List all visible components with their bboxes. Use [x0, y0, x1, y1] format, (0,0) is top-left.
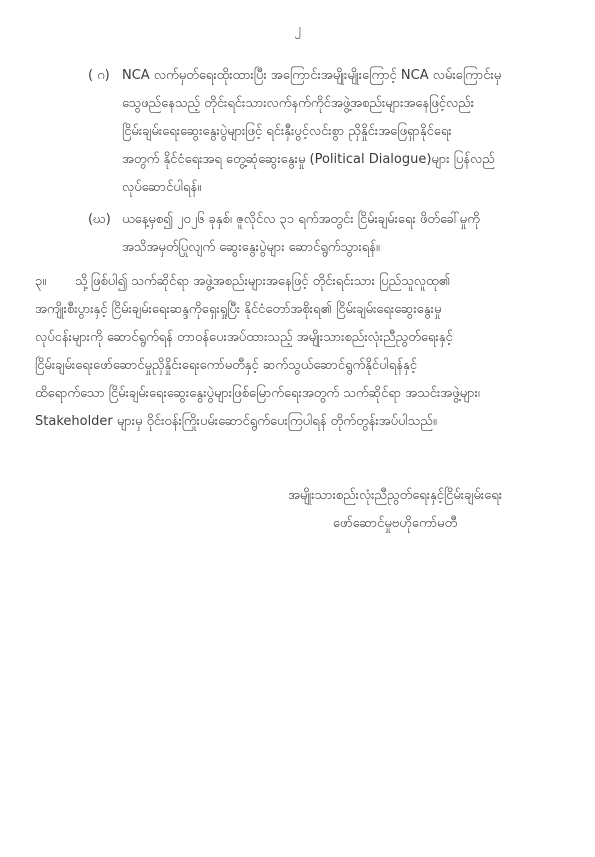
text-line: NCA လက်မှတ်ရေးထိုးထားပြီး အကြောင်းအမျိုး… — [122, 62, 560, 90]
text-line: သို့ဖြစ်ပါ၍ သက်ဆိုင်ရာ အဖွဲ့အစည်းများအနေ… — [75, 268, 560, 296]
text-line: လုပ်ဆောင်ပါရန်။ — [122, 174, 560, 202]
text-line: ယနေ့မှစ၍ ၂၀၂၆ ခုနှစ်၊ ဇူလိုင်လ ၃၁ ရက်အတွ… — [122, 206, 560, 234]
list-item-marker: ( ဂ) — [88, 62, 122, 90]
text-line: အသိအမှတ်ပြုလျက် ဆွေးနွေးပွဲများ ဆောင်ရွက… — [122, 234, 560, 262]
signature-line: အမျိုးသားစည်းလုံးညီညွတ်ရေးနှင့်ငြိမ်းချမ… — [250, 482, 540, 510]
page-number: ၂ — [35, 16, 560, 44]
paragraph-first-line: ၃။ သို့ဖြစ်ပါ၍ သက်ဆိုင်ရာ အဖွဲ့အစည်းများ… — [35, 268, 560, 296]
document-page: ၂ ( ဂ) NCA လက်မှတ်ရေးထိုးထားပြီး အကြောင်… — [0, 0, 595, 857]
list-item-text: ယနေ့မှစ၍ ၂၀၂၆ ခုနှစ်၊ ဇူလိုင်လ ၃၁ ရက်အတွ… — [122, 206, 560, 262]
list-item-gha: (ဃ) ယနေ့မှစ၍ ၂၀၂၆ ခုနှစ်၊ ဇူလိုင်လ ၃၁ ရက… — [88, 206, 560, 262]
list-item-marker: (ဃ) — [88, 206, 122, 234]
page-content: ၂ ( ဂ) NCA လက်မှတ်ရေးထိုးထားပြီး အကြောင်… — [0, 0, 595, 538]
list-item-ga: ( ဂ) NCA လက်မှတ်ရေးထိုးထားပြီး အကြောင်းအ… — [88, 62, 560, 202]
text-line: အတွက် နိုင်ငံရေးအရ တွေ့ဆုံဆွေးနွေးမှု (P… — [122, 146, 560, 174]
paragraph-number: ၃။ — [35, 268, 75, 296]
text-line: Stakeholder များမှ ဝိုင်းဝန်းကြိုးပမ်းဆေ… — [35, 408, 560, 436]
text-line: ထိရောက်သော ငြိမ်းချမ်းရေးဆွေးနွေးပွဲများ… — [35, 380, 560, 408]
text-line: လုပ်ငန်းများကို ဆောင်ရွက်ရန် တာဝန်ပေးအပ်… — [35, 324, 560, 352]
text-line: ငြိမ်းချမ်းရေးဆွေးနွေးပွဲများဖြင့် ရင်းန… — [122, 118, 560, 146]
lettered-list: ( ဂ) NCA လက်မှတ်ရေးထိုးထားပြီး အကြောင်းအ… — [35, 62, 560, 262]
text-line: သွေဖည်နေသည့် တိုင်းရင်းသားလက်နက်ကိုင်အဖွ… — [122, 90, 560, 118]
text-line: ငြိမ်းချမ်းရေးဖော်ဆောင်မှုညှိနှိုင်းရေးက… — [35, 352, 560, 380]
signature-block: အမျိုးသားစည်းလုံးညီညွတ်ရေးနှင့်ငြိမ်းချမ… — [250, 482, 540, 538]
list-item-text: NCA လက်မှတ်ရေးထိုးထားပြီး အကြောင်းအမျိုး… — [122, 62, 560, 202]
text-line: အကျိုးစီးပွားနှင့် ငြိမ်းချမ်းရေးဆန္ဒကို… — [35, 296, 560, 324]
closing-paragraph: ၃။ သို့ဖြစ်ပါ၍ သက်ဆိုင်ရာ အဖွဲ့အစည်းများ… — [35, 268, 560, 436]
signature-line: ဖော်ဆောင်မှုဗဟိုကော်မတီ — [250, 510, 540, 538]
